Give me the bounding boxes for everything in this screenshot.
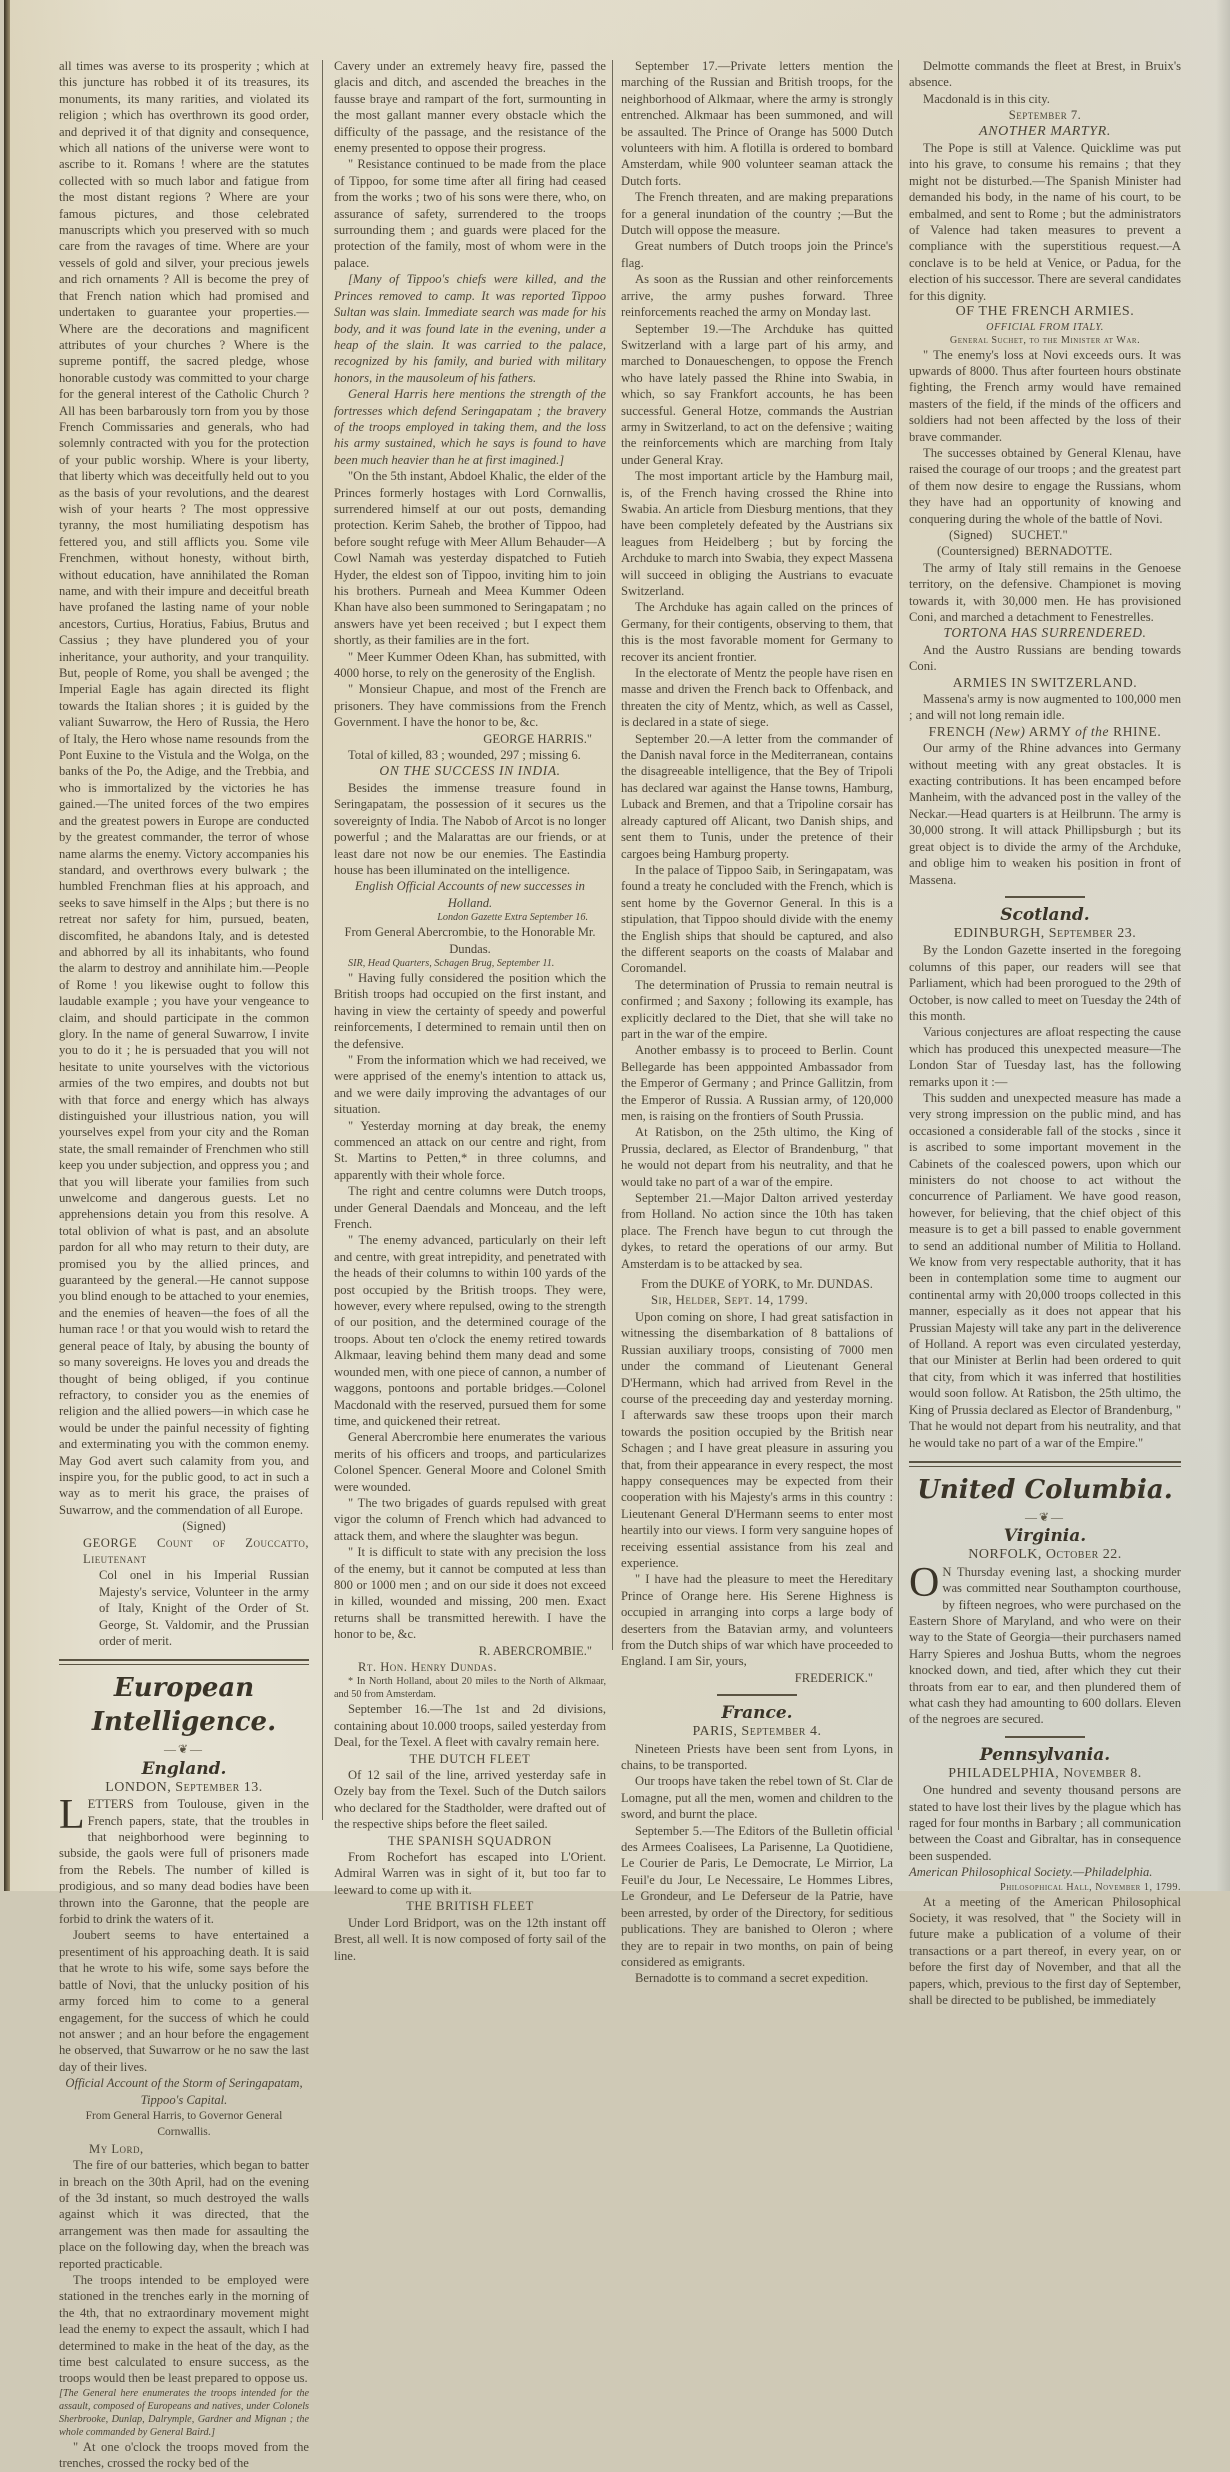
signed-label: (Signed) (949, 528, 992, 542)
section-divider (59, 1659, 309, 1665)
article-text: And the Austro Russians are bending towa… (909, 642, 1181, 675)
article-text: " Resistance continued to be made from t… (334, 156, 606, 271)
article-heading: FRENCH (New) ARMY of the RHINE. (909, 724, 1181, 740)
article-text: September 17.—Private letters mention th… (621, 58, 893, 189)
signature-titles: Col onel in his Imperial Russian Majesty… (59, 1567, 309, 1649)
drop-cap: O (909, 1566, 942, 1600)
heading-part: ARMY (1029, 724, 1071, 739)
article-heading: ANOTHER MARTYR. (909, 124, 1181, 140)
article-text: Our troops have taken the rebel town of … (621, 1773, 893, 1822)
article-heading: TORTONA HAS SURRENDERED. (909, 625, 1181, 641)
signed-label: (Signed) (59, 1518, 309, 1534)
column-rule (898, 60, 899, 1830)
article-text: Macdonald is in this city. (909, 91, 1181, 107)
signature: GEORGE HARRIS." (334, 731, 606, 747)
article-text: From Rochefort has escaped into L'Orient… (334, 1849, 606, 1891)
editorial-note: General Harris here mentions the strengt… (334, 386, 606, 468)
letter-from: From the DUKE of YORK, to Mr. DUNDAS. (621, 1276, 893, 1292)
article-heading: ON THE SUCCESS IN INDIA. (334, 763, 606, 779)
article-text: LETTERS from Toulouse, given in the Fren… (59, 1796, 309, 1891)
article-text: all times was averse to its prosperity ;… (59, 58, 309, 1518)
signature: (Countersigned) BERNADOTTE. (909, 543, 1181, 559)
signed-label: (Countersigned) (937, 544, 1019, 558)
article-text: September 20.—A letter from the commande… (621, 731, 893, 862)
article-text: September 19.—The Archduke has quitted S… (621, 321, 893, 469)
article-text: Great numbers of Dutch troops join the P… (621, 238, 893, 271)
ornament-icon: —❦— (59, 1741, 309, 1757)
dateline: Philosophical Hall, November 1, 1799. (909, 1881, 1181, 1891)
article-text: September 21.—Major Dalton arrived yeste… (621, 1190, 893, 1272)
article-text: The Pope is still at Valence. Quicklime … (909, 140, 1181, 304)
article-text: The right and centre columns were Dutch … (334, 1183, 606, 1232)
column-rule (322, 60, 323, 1820)
dateline: LONDON, September 13. (59, 1780, 309, 1796)
article-text: As soon as the Russian and other reinfor… (621, 271, 893, 320)
dateline: September 7. (909, 107, 1181, 123)
heading-part: of the (1075, 724, 1109, 739)
section-heading-united-columbia: United Columbia. (909, 1473, 1181, 1507)
dateline: EDINBURGH, September 23. (909, 926, 1181, 942)
article-heading: OF THE FRENCH ARMIES. (909, 304, 1181, 320)
article-text: " From the information which we had rece… (334, 1052, 606, 1118)
article-text: " Monsieur Chapue, and most of the Frenc… (334, 681, 606, 730)
page-edge-right (1216, 0, 1230, 1891)
column-3: September 17.—Private letters mention th… (621, 58, 893, 1891)
article-text: The French threaten, and are making prep… (621, 189, 893, 238)
article-text: Delmotte commands the fleet at Brest, in… (909, 58, 1181, 91)
signature: R. ABERCROMBIE." (334, 1643, 606, 1659)
signature-name: BERNADOTTE. (1025, 544, 1112, 558)
article-heading: THE SPANISH SQUADRON (334, 1833, 606, 1849)
article-text: " Meer Kummer Odeen Khan, has submitted,… (334, 649, 606, 682)
editorial-note: [Many of Tippoo's chiefs were killed, an… (334, 271, 606, 386)
article-text: " The enemy advanced, particularly on th… (334, 1232, 606, 1429)
article-text: " I have had the pleasure to meet the He… (621, 1571, 893, 1669)
article-text: One hundred and seventy thousand persons… (909, 1782, 1181, 1864)
section-divider (1005, 896, 1085, 898)
article-text: September 5.—The Editors of the Bulletin… (621, 1823, 893, 1891)
article-text: By the London Gazette inserted in the fo… (909, 942, 1181, 1024)
signature: GEORGE Count of Zouccatto, Lieutenant (59, 1535, 309, 1568)
heading-part: FRENCH (929, 724, 986, 739)
dateline: PHILADELPHIA, November 8. (909, 1766, 1181, 1782)
article-text: Massena's army is now augmented to 100,0… (909, 691, 1181, 724)
drop-cap: L (59, 1798, 88, 1832)
signature: (Signed) SUCHET." (909, 527, 1181, 543)
heading-part: RHINE. (1113, 724, 1161, 739)
article-text: "On the 5th instant, Abdoel Khalic, the … (334, 468, 606, 648)
article-text: The determination of Prussia to remain n… (621, 977, 893, 1043)
source-line: London Gazette Extra September 16. (334, 911, 606, 924)
article-text: " It is difficult to state with any prec… (334, 1544, 606, 1642)
dateline: PARIS, September 4. (621, 1724, 893, 1740)
subsection-heading-england: England. (59, 1758, 309, 1780)
article-text: Total of killed, 83 ; wounded, 297 ; mis… (334, 747, 606, 763)
article-text: " The two brigades of guards repulsed wi… (334, 1495, 606, 1544)
heading-part: (New) (990, 724, 1026, 739)
article-subheading: OFFICIAL FROM ITALY. (909, 321, 1181, 334)
section-divider (909, 1461, 1181, 1467)
article-text: The successes obtained by General Klenau… (909, 445, 1181, 527)
signature-name: GEORGE Count of Zouccatto, Lieutenant (83, 1536, 309, 1566)
page-edge-shadow (4, 0, 10, 1891)
article-text: ON Thursday evening last, a shocking mur… (909, 1564, 1181, 1728)
article-text: Various conjectures are afloat respectin… (909, 1024, 1181, 1090)
article-text: The most important article by the Hambur… (621, 468, 893, 599)
signature: FREDERICK." (621, 1670, 893, 1686)
column-2: Cavery under an extremely heavy fire, pa… (334, 58, 606, 1891)
letter-header: SIR, Head Quarters, Schagen Brug, Septem… (334, 957, 606, 970)
article-text: Our army of the Rhine advances into Germ… (909, 740, 1181, 888)
column-rule (612, 60, 613, 1650)
article-text: " The enemy's loss at Novi exceeds ours.… (909, 347, 1181, 445)
article-heading: ARMIES IN SWITZERLAND. (909, 675, 1181, 691)
footnote: * In North Holland, about 20 miles to th… (334, 1675, 606, 1701)
section-heading-european: European Intelligence. (59, 1671, 309, 1739)
addressee: Rt. Hon. Henry Dundas. (334, 1659, 606, 1675)
article-text: In the palace of Tippoo Saib, in Seringa… (621, 862, 893, 977)
signature-name: SUCHET." (1011, 528, 1067, 542)
article-text: September 16.—The 1st and 2d divisions, … (334, 1701, 606, 1750)
article-text: Of 12 sail of the line, arrived yesterda… (334, 1767, 606, 1833)
article-text: " Yesterday morning at day break, the en… (334, 1118, 606, 1184)
article-text: Another embassy is to proceed to Berlin.… (621, 1042, 893, 1124)
article-text: Nineteen Priests have been sent from Lyo… (621, 1741, 893, 1774)
column-4: Delmotte commands the fleet at Brest, in… (909, 58, 1181, 1891)
letter-header: Sir, Helder, Sept. 14, 1799. (621, 1292, 893, 1308)
section-divider (717, 1694, 797, 1696)
section-divider (1005, 1736, 1085, 1738)
column-1: all times was averse to its prosperity ;… (59, 58, 309, 1891)
article-text: The army of Italy still remains in the G… (909, 560, 1181, 626)
subsection-heading-scotland: Scotland. (909, 904, 1181, 926)
article-text: Upon coming on shore, I had great satisf… (621, 1309, 893, 1572)
article-text: The Archduke has again called on the pri… (621, 599, 893, 665)
letter-from: General Suchet, to the Minister at War. (909, 334, 1181, 347)
article-text: Cavery under an extremely heavy fire, pa… (334, 58, 606, 156)
subsection-heading-virginia: Virginia. (909, 1525, 1181, 1547)
article-text: " Having fully considered the position w… (334, 970, 606, 1052)
newspaper-page: all times was averse to its prosperity ;… (4, 0, 1230, 1891)
letter-from: From General Abercrombie, to the Honorab… (334, 924, 606, 957)
article-text: Besides the immense treasure found in Se… (334, 780, 606, 878)
article-text: This sudden and unexpected measure has m… (909, 1090, 1181, 1451)
article-text: At Ratisbon, on the 25th ultimo, the Kin… (621, 1124, 893, 1190)
dateline: NORFOLK, October 22. (909, 1547, 1181, 1563)
article-text-body: N Thursday evening last, a shocking murd… (909, 1565, 1181, 1727)
article-text: In the electorate of Mentz the people ha… (621, 665, 893, 731)
ornament-icon: —❦— (909, 1509, 1181, 1525)
article-heading: THE DUTCH FLEET (334, 1751, 606, 1767)
article-heading: American Philosophical Society.—Philadel… (909, 1864, 1181, 1880)
article-text: General Abercrombie here enumerates the … (334, 1429, 606, 1495)
article-heading: English Official Accounts of new success… (334, 878, 606, 911)
subsection-heading-pennsylvania: Pennsylvania. (909, 1744, 1181, 1766)
subsection-heading-france: France. (621, 1702, 893, 1724)
article-text-body: ETTERS from Toulouse, given in the Frenc… (59, 1797, 309, 1891)
